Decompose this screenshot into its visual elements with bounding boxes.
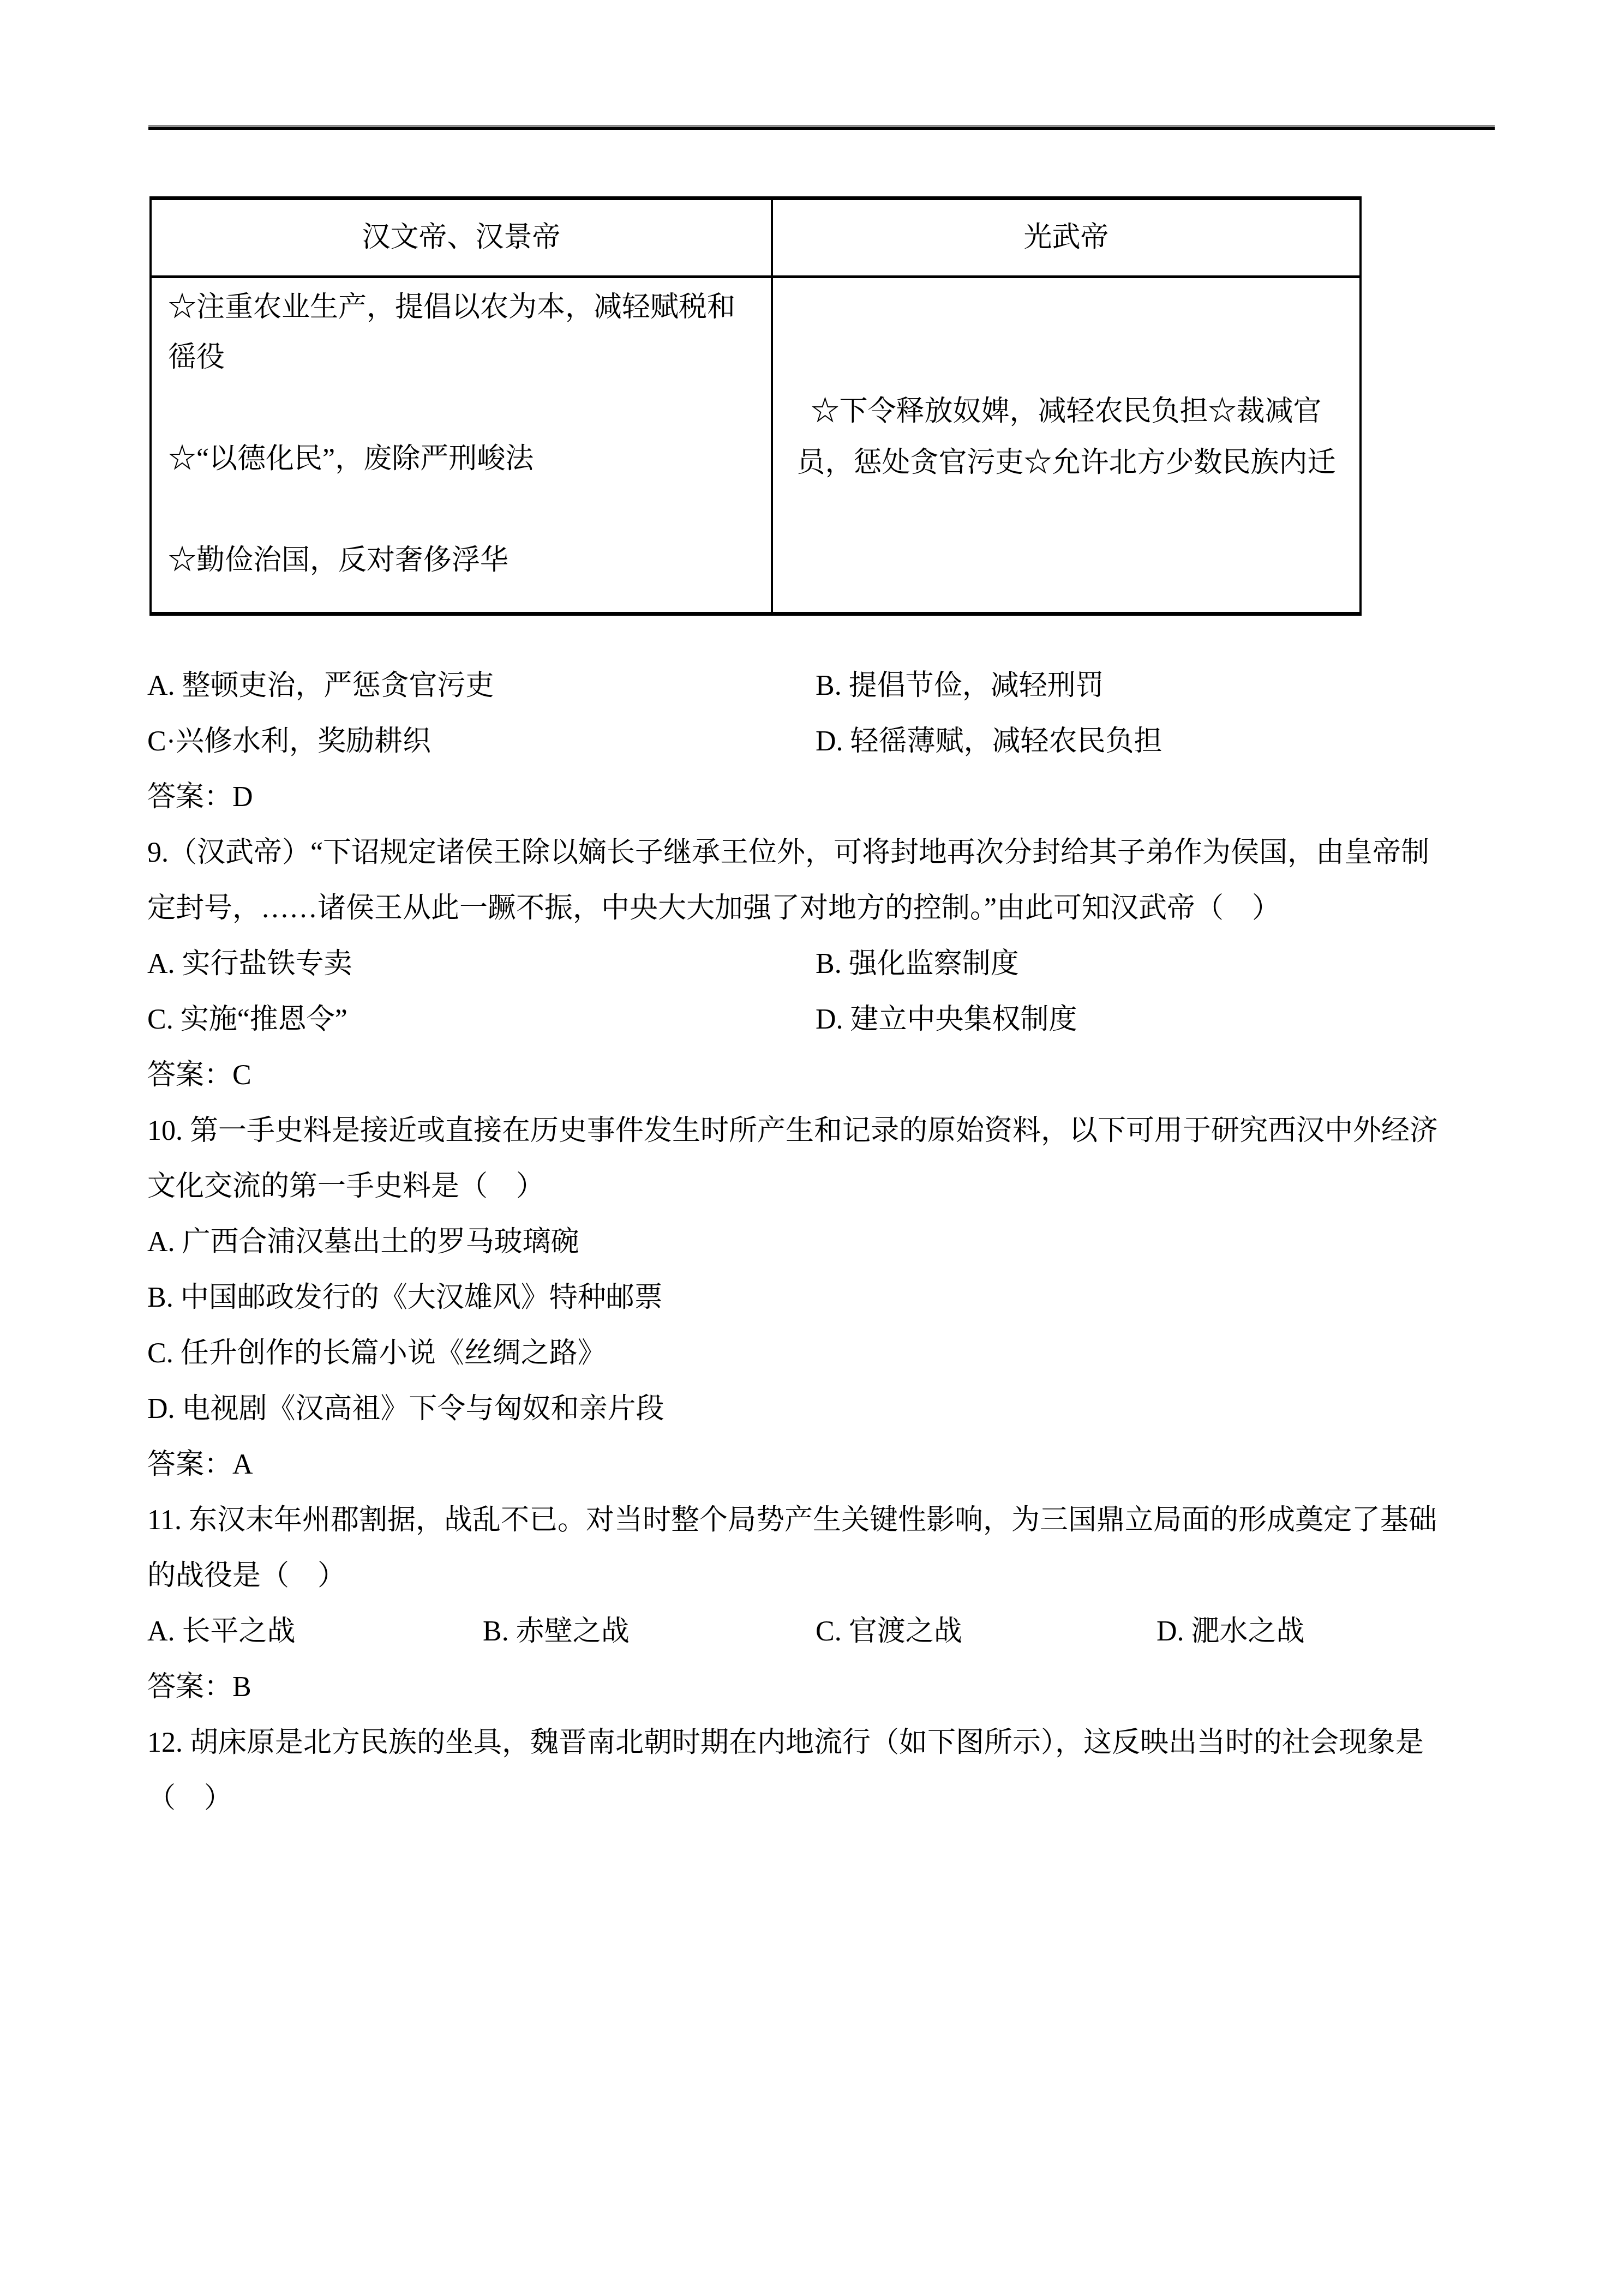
q9-option-b: B. 强化监察制度 [816, 936, 1019, 992]
left-cell-paragraph-1: ☆注重农业生产，提倡以农为本，减轻赋税和 徭役 [168, 283, 757, 383]
q10-option-d: D. 电视剧《汉高祖》下令与匈奴和亲片段 [147, 1381, 1489, 1437]
right-cell-line2: 员，惩处贪官污吏☆允许北方少数民族内迁 [784, 437, 1349, 489]
table-cell-wendi-jingdi: ☆注重农业生产，提倡以农为本，减轻赋税和 徭役 ☆“以德化民”，废除严刑峻法 ☆… [152, 278, 771, 612]
q12-stem-line-2: （ ） [147, 1771, 1489, 1826]
q10-option-a: A. 广西合浦汉墓出土的罗马玻璃碗 [147, 1215, 1489, 1270]
q8-options-row-2: C·兴修水利，奖励耕织 D. 轻徭薄赋，减轻农民负担 [147, 714, 1489, 770]
q12-stem-line-1: 12. 胡床原是北方民族的坐具，魏晋南北朝时期在内地流行（如下图所示），这反映出… [147, 1715, 1489, 1771]
emperor-comparison-table: 汉文帝、汉景帝 光武帝 ☆注重农业生产，提倡以农为本，减轻赋税和 徭役 ☆“以德… [149, 196, 1362, 616]
q11-answer: 答案：B [147, 1660, 1489, 1715]
q11-stem-line-1: 11. 东汉末年州郡割据，战乱不已。对当时整个局势产生关键性影响，为三国鼎立局面… [147, 1493, 1489, 1548]
left-cell-p1-line2: 徭役 [168, 342, 225, 373]
header-separator-rule [148, 125, 1495, 130]
q11-stem-line-2: 的战役是（ ） [147, 1548, 1489, 1604]
header-label-guangwudi: 光武帝 [1023, 224, 1108, 252]
q9-option-d: D. 建立中央集权制度 [816, 992, 1077, 1048]
document-page: 汉文帝、汉景帝 光武帝 ☆注重农业生产，提倡以农为本，减轻赋税和 徭役 ☆“以德… [0, 0, 1624, 2296]
q8-option-a: A. 整顿吏治，严惩贪官污吏 [147, 658, 494, 714]
q8-options-row-1: A. 整顿吏治，严惩贪官污吏 B. 提倡节俭，减轻刑罚 [147, 658, 1489, 714]
header-label-wendi-jingdi: 汉文帝、汉景帝 [362, 224, 560, 252]
q10-stem-line-1: 10. 第一手史料是接近或直接在历史事件发生时所产生和记录的原始资料，以下可用于… [147, 1103, 1489, 1159]
table-header-row: 汉文帝、汉景帝 光武帝 [152, 200, 1359, 278]
header-rule-thin-line [148, 125, 1495, 127]
q8-option-d: D. 轻徭薄赋，减轻农民负担 [816, 714, 1162, 770]
q11-option-a: A. 长平之战 [147, 1604, 296, 1660]
q9-answer: 答案：C [147, 1048, 1489, 1103]
left-cell-paragraph-3: ☆勤俭治国，反对奢侈浮华 [168, 536, 757, 586]
q11-option-c: C. 官渡之战 [816, 1604, 962, 1660]
table-body-row: ☆注重农业生产，提倡以农为本，减轻赋税和 徭役 ☆“以德化民”，废除严刑峻法 ☆… [152, 278, 1359, 612]
q9-options-row-2: C. 实施“推恩令” D. 建立中央集权制度 [147, 992, 1489, 1048]
q10-answer: 答案：A [147, 1437, 1489, 1493]
q8-option-b: B. 提倡节俭，减轻刑罚 [816, 658, 1104, 714]
table-cell-guangwudi: ☆下令释放奴婢，减轻农民负担☆裁减官 员，惩处贪官污吏☆允许北方少数民族内迁 [771, 278, 1359, 612]
q11-option-b: B. 赤壁之战 [483, 1604, 630, 1660]
q9-option-a: A. 实行盐铁专卖 [147, 936, 352, 992]
q9-options-row-1: A. 实行盐铁专卖 B. 强化监察制度 [147, 936, 1489, 992]
left-cell-paragraph-2: ☆“以德化民”，废除严刑峻法 [168, 434, 757, 484]
q8-option-c: C·兴修水利，奖励耕织 [147, 714, 431, 770]
q9-stem-line-2: 定封号，……诸侯王从此一蹶不振，中央大大加强了对地方的控制。”由此可知汉武帝（ … [147, 881, 1489, 936]
q11-options-row: A. 长平之战 B. 赤壁之战 C. 官渡之战 D. 淝水之战 [147, 1604, 1489, 1660]
right-cell-line1: ☆下令释放奴婢，减轻农民负担☆裁减官 [784, 386, 1349, 437]
q10-option-b: B. 中国邮政发行的《大汉雄风》特种邮票 [147, 1270, 1489, 1326]
q11-option-d: D. 淝水之战 [1156, 1604, 1305, 1660]
q10-stem-line-2: 文化交流的第一手史料是（ ） [147, 1159, 1489, 1215]
q10-option-c: C. 任升创作的长篇小说《丝绸之路》 [147, 1326, 1489, 1381]
table-header-left: 汉文帝、汉景帝 [152, 200, 771, 275]
left-cell-p1-line1: ☆注重农业生产，提倡以农为本，减轻赋税和 [168, 292, 735, 323]
q9-option-c: C. 实施“推恩令” [147, 992, 347, 1048]
table-header-right: 光武帝 [771, 200, 1359, 275]
questions-block: A. 整顿吏治，严惩贪官污吏 B. 提倡节俭，减轻刑罚 C·兴修水利，奖励耕织 … [147, 658, 1489, 1826]
q8-answer: 答案：D [147, 770, 1489, 825]
header-rule-thick-line [148, 127, 1495, 130]
q9-stem-line-1: 9.（汉武帝）“下诏规定诸侯王除以嫡长子继承王位外，可将封地再次分封给其子弟作为… [147, 825, 1489, 881]
